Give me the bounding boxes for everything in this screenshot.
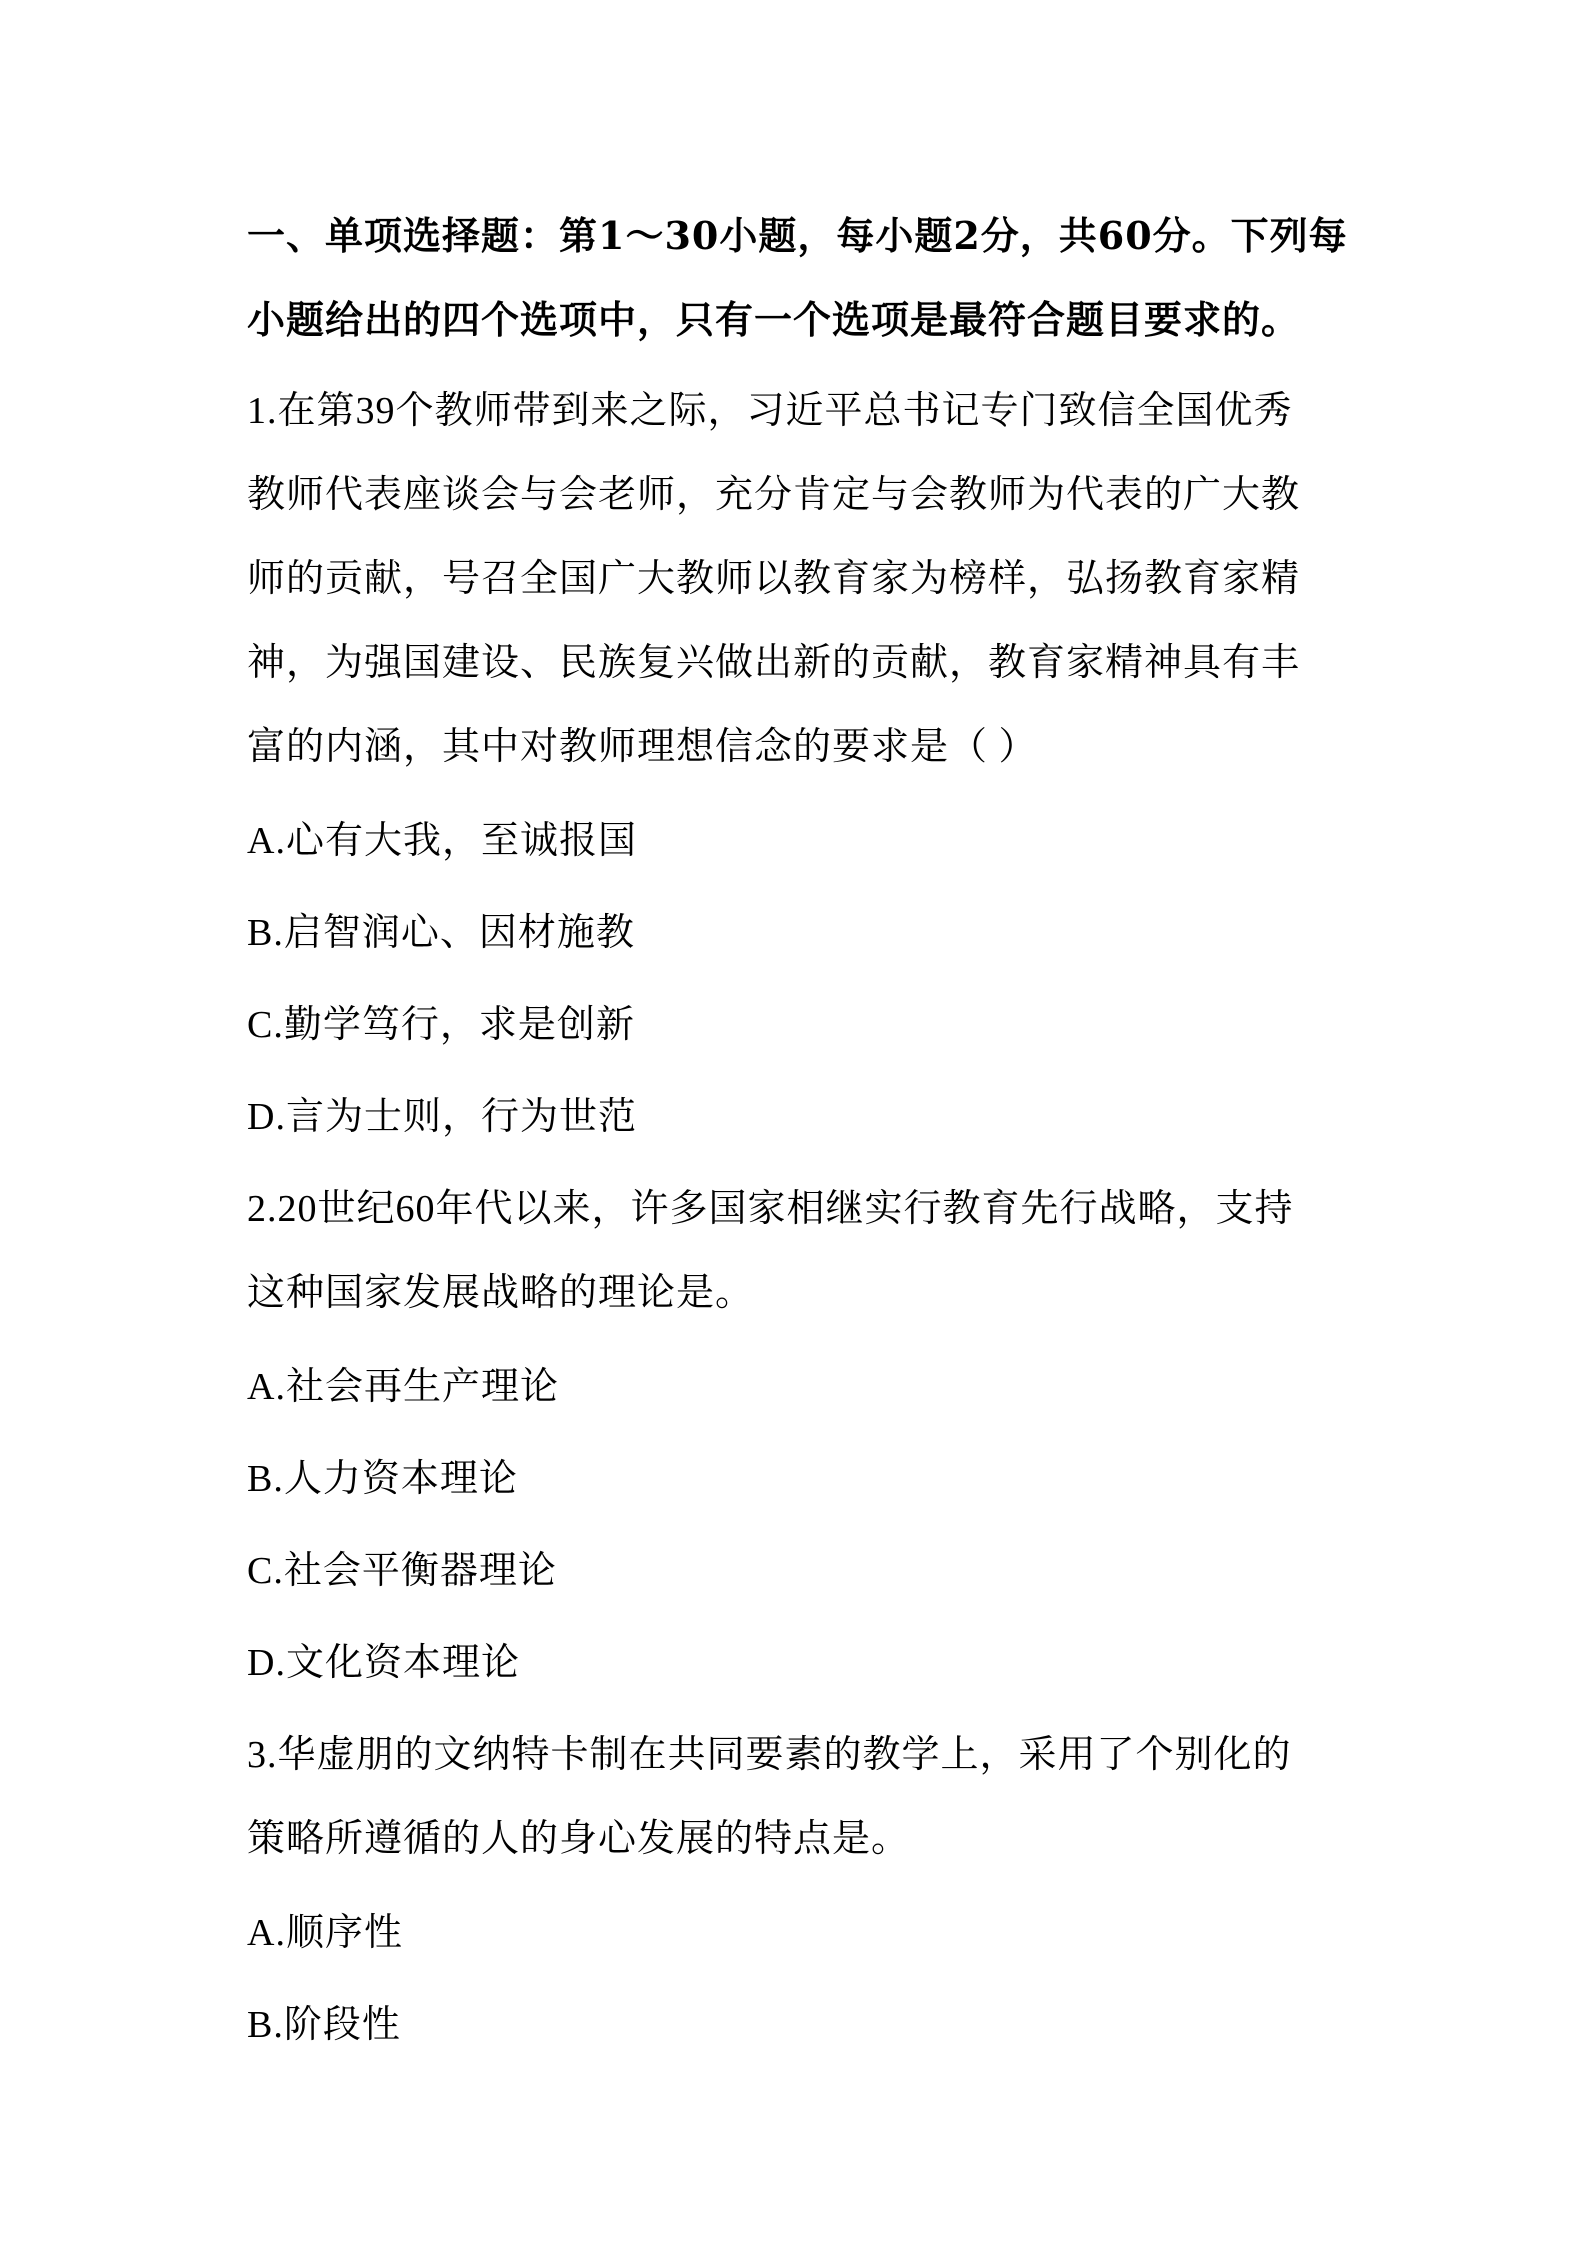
question-stem-line: 2.20世纪60年代以来，许多国家相继实行教育先行战略，支持 xyxy=(247,1185,1294,1233)
question-stem-line: 1.在第39个教师带到来之际，习近平总书记专门致信全国优秀 xyxy=(247,387,1293,435)
question-stem-line: 3.华虚朋的文纳特卡制在共同要素的教学上，采用了个别化的 xyxy=(247,1731,1292,1779)
section-header-line: 一、单项选择题：第1～30小题，每小题2分，共60分。下列每 xyxy=(247,212,1348,260)
section-header-line: 小题给出的四个选项中，只有一个选项是最符合题目要求的。 xyxy=(247,296,1300,344)
question-stem-line: 神，为强国建设、民族复兴做出新的贡献，教育家精神具有丰 xyxy=(247,639,1300,687)
option-c: C.社会平衡器理论 xyxy=(247,1547,557,1595)
option-b: B.阶段性 xyxy=(247,2001,401,2049)
option-b: B.人力资本理论 xyxy=(247,1455,518,1503)
option-c: C.勤学笃行，求是创新 xyxy=(247,1001,635,1049)
question-stem-line: 策略所遵循的人的身心发展的特点是。 xyxy=(247,1815,910,1863)
option-d: D.言为士则，行为世范 xyxy=(247,1093,637,1141)
question-stem-line: 教师代表座谈会与会老师，充分肯定与会教师为代表的广大教 xyxy=(247,471,1300,519)
question-stem-line: 富的内涵，其中对教师理想信念的要求是（ ） xyxy=(247,723,1038,771)
option-a: A.社会再生产理论 xyxy=(247,1363,559,1411)
option-b: B.启智润心、因材施教 xyxy=(247,909,635,957)
question-stem-line: 这种国家发展战略的理论是。 xyxy=(247,1269,754,1317)
option-a: A.顺序性 xyxy=(247,1909,403,1957)
option-d: D.文化资本理论 xyxy=(247,1639,520,1687)
question-stem-line: 师的贡献，号召全国广大教师以教育家为榜样，弘扬教育家精 xyxy=(247,555,1300,603)
option-a: A.心有大我，至诚报国 xyxy=(247,817,637,865)
